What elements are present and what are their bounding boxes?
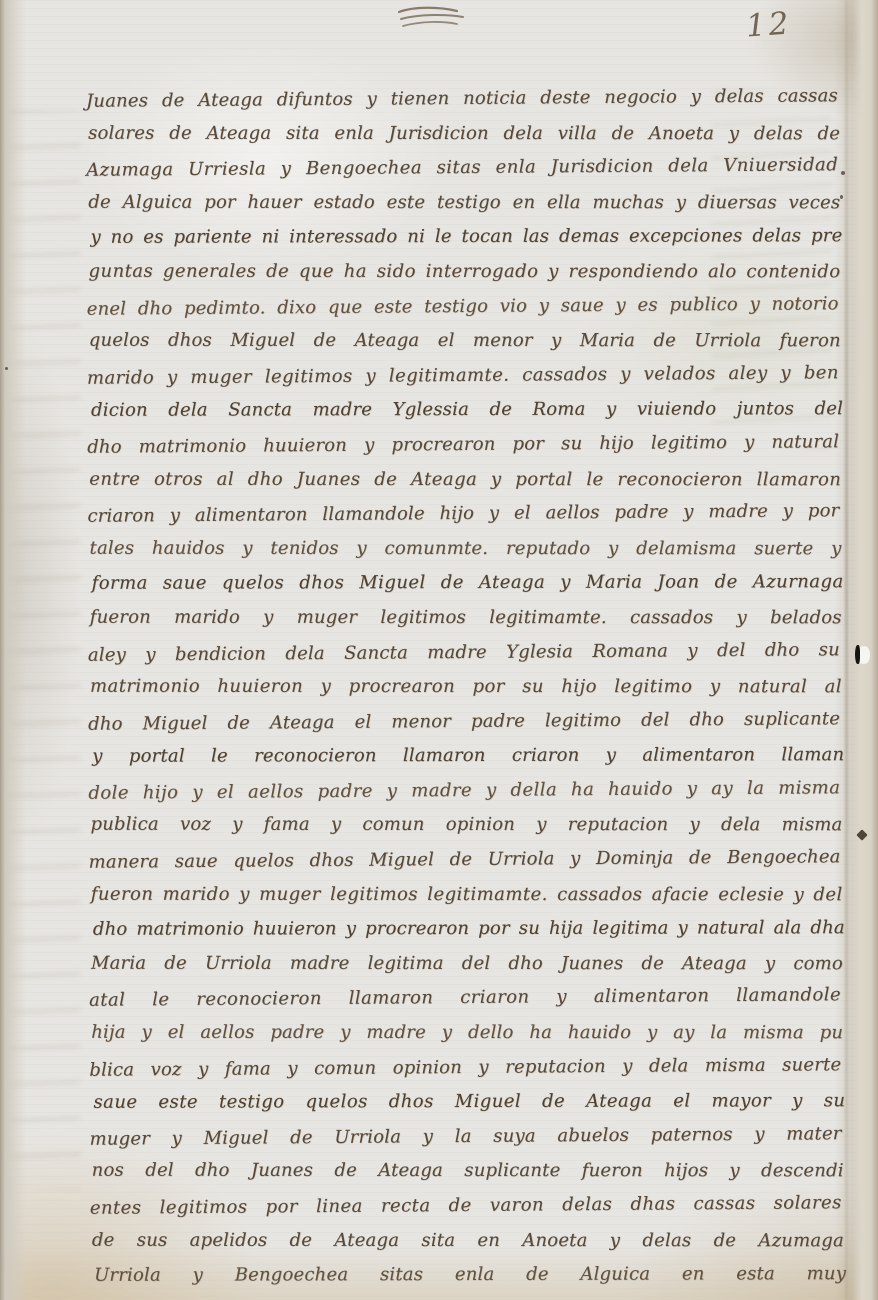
left-paper-edge [0, 0, 28, 1300]
manuscript-line: dho matrimonio huuieron y procrearon por… [93, 911, 845, 947]
manuscript-line: publica voz y fama y comun opinion y rep… [90, 808, 842, 843]
manuscript-page: 12 Juanes de Ateaga difuntos y tienen no… [0, 0, 878, 1300]
ink-speck [840, 195, 843, 199]
manuscript-line: forma saue quelos dhos Miguel de Ateaga … [92, 566, 844, 602]
manuscript-line: matrimonio huuieron y procrearon por su … [90, 670, 842, 705]
manuscript-line: y portal le reconocieron llamaron criaro… [92, 738, 844, 774]
manuscript-line: quelos dhos Miguel de Ateaga el menor y … [89, 324, 841, 359]
page-number: 12 [745, 8, 793, 42]
manuscript-line: fueron marido y muger legitimos legitima… [91, 877, 843, 912]
manuscript-line: guntas generales de que ha sido interrog… [89, 255, 841, 290]
ink-speck [5, 367, 8, 370]
manuscript-line: solares de Ateaga sita enla Jurisdicion … [88, 116, 840, 151]
ink-speck [841, 171, 845, 175]
manuscript-line: saue este testigo quelos dhos Miguel de … [93, 1084, 845, 1120]
manuscript-line: aley y bendicion dela Sancta madre Ygles… [88, 633, 840, 673]
manuscript-line: fueron marido y muger legitimos legitima… [90, 601, 842, 636]
manuscript-line: hija y el aellos padre y madre y dello h… [91, 1016, 843, 1051]
manuscript-line: de sus apelidos de Ateaga sita en Anoeta… [92, 1223, 844, 1258]
manuscript-text-block: Juanes de Ateaga difuntos y tienen notic… [86, 81, 842, 1294]
manuscript-line: dole hijo y el aellos padre y madre y de… [88, 771, 840, 811]
manuscript-line: enel dho pedimto. dixo que este testigo … [87, 287, 839, 327]
manuscript-line: Azumaga Urriesla y Bengoechea sitas enla… [86, 148, 838, 188]
manuscript-line: marido y muger legitimos y legitimamte. … [87, 356, 839, 396]
manuscript-line: dho Miguel de Ateaga el menor padre legi… [88, 702, 840, 742]
manuscript-line: Maria de Urriola madre legitima del dho … [91, 947, 843, 982]
manuscript-line: dho matrimonio huuieron y procrearon por… [87, 425, 839, 465]
manuscript-line: Urriola y Bengoechea sitas enla de Algui… [94, 1257, 846, 1293]
manuscript-line: criaron y alimentaron llamandole hijo y … [87, 494, 839, 534]
manuscript-line: entes legitimos por linea recta de varon… [90, 1186, 842, 1226]
top-flourish-mark [397, 4, 467, 32]
manuscript-line: de Alguica por hauer estado este testigo… [88, 186, 840, 221]
manuscript-line: blica voz y fama y comun opinion y reput… [89, 1048, 841, 1088]
manuscript-line: muger y Miguel de Urriola y la suya abue… [89, 1117, 841, 1157]
manuscript-line: nos del dho Juanes de Ateaga suplicante … [92, 1154, 844, 1189]
manuscript-line: dicion dela Sancta madre Yglessia de Rom… [91, 393, 843, 429]
torn-notch [854, 644, 870, 666]
manuscript-line: manera saue quelos dhos Miguel de Urriol… [88, 840, 840, 880]
manuscript-line: y no es pariente ni interessado ni le to… [90, 220, 842, 256]
manuscript-line: Juanes de Ateaga difuntos y tienen notic… [86, 79, 838, 119]
manuscript-line: tales hauidos y tenidos y comunmte. repu… [90, 531, 842, 566]
manuscript-line: entre otros al dho Juanes de Ateaga y po… [89, 462, 841, 497]
manuscript-line: atal le reconocieron llamaron criaron y … [89, 979, 841, 1019]
